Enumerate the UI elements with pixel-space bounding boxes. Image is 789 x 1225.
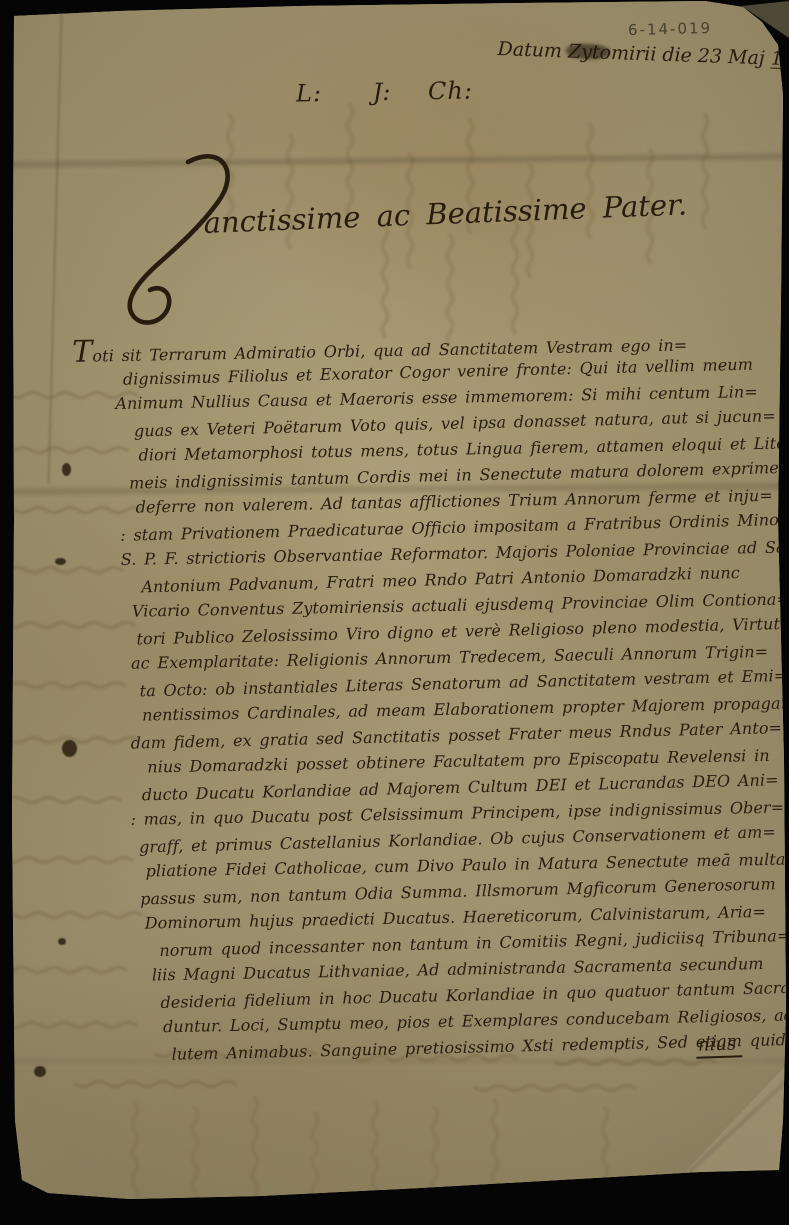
flourished-initial-s <box>118 148 238 343</box>
ink-blot <box>55 558 66 565</box>
ink-bleedthrough-bottom <box>45 1048 755 1213</box>
dateline-text: Datum Zytomirii die 23 Maj <box>497 38 765 69</box>
letter-body: Toti sit Terrarum Admiratio Orbi, qua ad… <box>122 325 789 1068</box>
ink-blot <box>34 1066 46 1077</box>
manuscript-photo: 6-14-019 Datum Zytomirii die 23 Maj 1738… <box>0 0 789 1225</box>
dateline: Datum Zytomirii die 23 Maj 1738 <box>497 38 789 71</box>
ink-blot <box>62 740 77 757</box>
invocation: L: J: Ch: <box>296 76 473 107</box>
invocation-j: J: <box>372 78 391 106</box>
ink-blot <box>58 938 66 945</box>
invocation-l: L: <box>296 79 323 107</box>
archival-number: 6-14-019 <box>628 19 713 39</box>
invocation-ch: Ch: <box>428 76 473 105</box>
catchword: nius <box>696 1033 743 1059</box>
ink-bleedthrough-left-margin <box>12 370 142 1060</box>
letter-page: 6-14-019 Datum Zytomirii die 23 Maj 1738… <box>0 0 789 1225</box>
ink-blot <box>62 463 71 476</box>
dateline-year: 1738 <box>770 48 789 72</box>
